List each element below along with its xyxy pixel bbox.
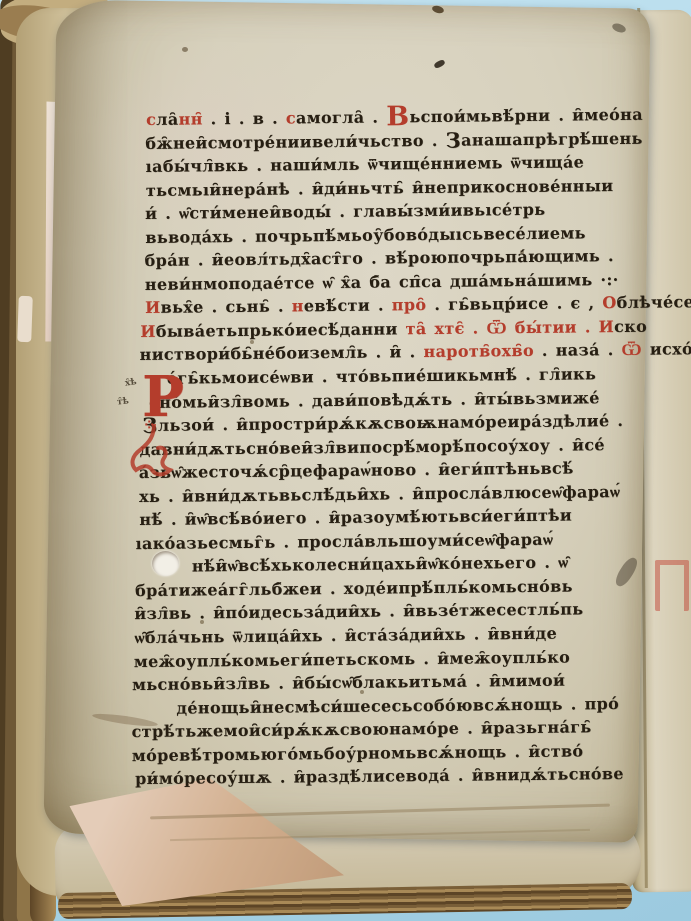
text-block: сла̑нн̑ . і . в . самогла̑ . Вьспои́мьвѣ… [141, 103, 653, 791]
ink-text: ѡ̑бла́чьнь ѿлица́и̑хь . и̑ста́за́дии̑хь … [134, 624, 557, 647]
ink-text: сно́мьи̑зл̑вомь . дави́повѣдѫ́ть . и̑ты́… [149, 388, 600, 412]
ink-text: бра́н . и̑еовл́тьдх̑аст̑го . вѣ́роюпочрь… [145, 246, 615, 270]
ink-text: давни́дѫтьсно́веи̑зл̑випосрѣ́морѣ́посоу́… [139, 435, 605, 459]
ink-text: мьсно́вьи̑зл̑вь . и̑бы́сѡ̑блакьитьма́ . … [132, 671, 565, 695]
ink-text: ниствори́бь̑не́боиземл̑ь . и̑ . [139, 343, 423, 365]
ink-text: . і . в . [203, 108, 286, 128]
rubric-text: с [146, 110, 156, 129]
ink-text: быва́етьпрько́иесѣ́данни [156, 319, 406, 341]
ink-text: неви́нмоподае́тсе ѡ̑ х̑а б̑а сп̑са дша́м… [145, 270, 619, 294]
rubric-text: нн̑ [178, 109, 202, 128]
ink-text: З [445, 127, 461, 152]
rubric-text: наротв̑охв̑о [423, 341, 534, 361]
ink-text: бра́тижеа́гг̑льб̑жеи . ходе́ипрѣ́пль́ком… [135, 576, 573, 600]
ink-text: ьспои́мьвѣ́рни . и̑мео́на [409, 105, 643, 126]
rubric-text: В [386, 101, 409, 132]
ink-text: вьх̑е . сьнь̑ . [160, 297, 291, 317]
ink-text: . наза́ . [534, 340, 622, 360]
rubric-text: Ѿ [621, 340, 649, 359]
rubric-text: н [292, 297, 304, 316]
ink-text: вьвода́хь . почрьпѣ́мьоу̑бово́дыıсьвесе́… [145, 223, 586, 247]
ink-text: ıабы́чл̑вкь . наши́мль ѿчище́нниемь ѿчищ… [146, 152, 585, 176]
ink-text: ри́мо́ресоу́шѫ . и̑раздѣ́лисевода́ . и̑в… [135, 764, 624, 788]
red-edge-mark [655, 560, 689, 611]
manuscript-photo: сла̑нн̑ . і . в . самогла̑ . Вьспои́мьвѣ… [0, 0, 691, 921]
ink-text: ла̑ [156, 110, 179, 129]
rubric-text: О [602, 293, 616, 312]
ink-text: е́гь̑кьмоисе́ѡви . что́вьпие́шикьмнѣ́ . … [167, 364, 596, 387]
ink-text: меж̑оупль́комьеги́петьскомь . и̑меж̑оупл… [134, 647, 571, 671]
ink-text: нѣ́ . и̑ѡ̑всѣ́во́иего . и̑разоумѣ́ютьвси… [139, 506, 572, 530]
ink-text: . гь̑вьцр́исе . є , [426, 294, 602, 315]
rubric-text: та̑ хтє̑ . Ѿ бы́тии . [405, 317, 598, 338]
rubric-text: про̑ [392, 295, 427, 314]
rubric-text: с [286, 108, 296, 127]
ink-spot [182, 47, 188, 52]
ink-text: и́ . ѡ̑сти́менеи̑воды́ . главы́зми́ивьıс… [145, 200, 546, 223]
ink-text: тьсмьıи̑нера́нѣ . и̑ди́ньчть̑ и̑неприкос… [146, 176, 614, 200]
ink-text: стрѣ́тьжемои̑си́рѫ́кѫсвоюнамо́ре . и̑раз… [131, 718, 591, 742]
ink-text: нѣ́и̑ѡ̑всѣ́хьколесни́цахьи̑ѡ̑ко́нехьего … [192, 553, 569, 576]
ink-text: ско [614, 317, 647, 336]
ink-text: мо́ревѣ́тромьюго́мьбоу́рномьвсѫ́нощь . и… [132, 741, 584, 765]
margin-note: х̑ѣ [124, 377, 137, 389]
ink-text: а́зьѡ̑жесточѫ́ср̑цефараѡ́ново . и̑еги́пт… [139, 459, 574, 483]
ink-text: и̑зл̑вь . и̑по́идесьза́дии̑хь . и̑вьзе́т… [134, 600, 583, 624]
ink-text: анашапрѣгрѣ́шень [461, 128, 643, 149]
rubric-text: И [145, 298, 161, 317]
ink-text: блѣче́се . [617, 292, 691, 312]
ink-text: хь . и̑вни́дѫтьвьслѣ́дьи̑хь . и̑просла́в… [139, 482, 620, 506]
ink-text: евѣ́сти . [304, 296, 392, 316]
ink-text: де́нощьи̑несмѣси́шесесьсобо́ювсѫ́нощь . … [176, 694, 619, 718]
ink-text: бж̑неи̑смотре́ниивели́чьство . [145, 130, 445, 152]
margin-note: т̑ѣ [117, 396, 130, 407]
ink-text: ıако́азьесмьг̑ь . просла́вльшоуми́сеѡ̑фа… [135, 530, 553, 553]
initial-flourish [130, 424, 182, 482]
ink-text: амогла̑ . [296, 107, 386, 127]
rubric-text: И [140, 322, 156, 341]
rubric-text: И [599, 317, 615, 336]
ink-text: исхо́да . [650, 339, 691, 359]
bookmark-slip-tail [17, 296, 33, 342]
ink-text: льзои́ . и̑простри́рѫ́кѫсвоѭнамо́реира́з… [158, 411, 624, 435]
